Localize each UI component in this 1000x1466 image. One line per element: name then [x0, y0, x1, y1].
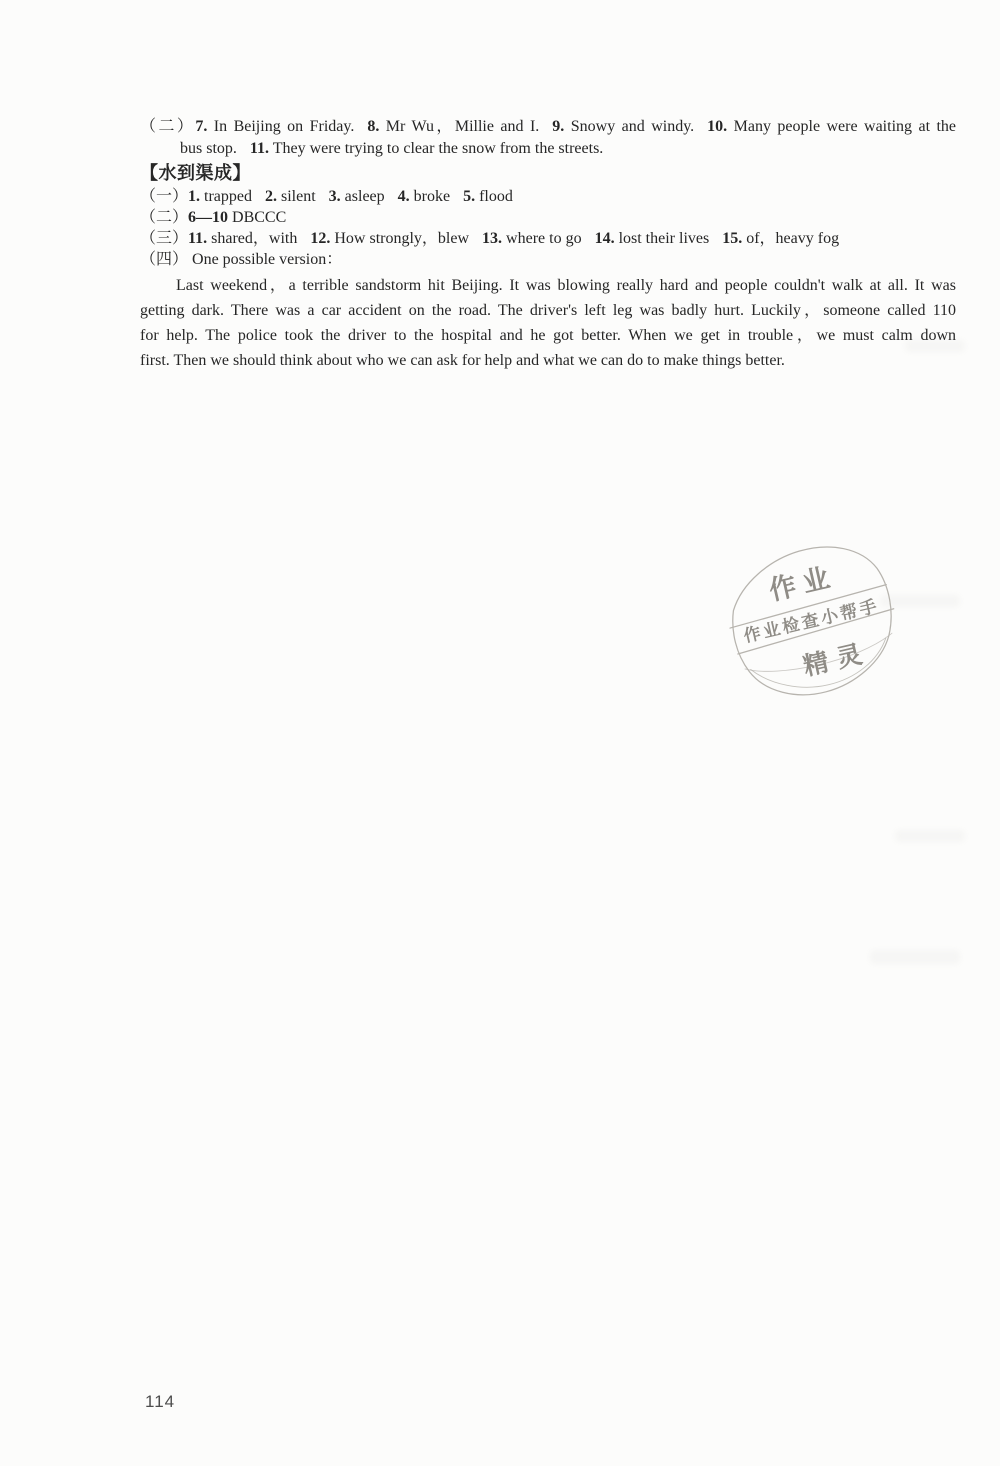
answer-number: 6—10: [188, 209, 228, 226]
essay-line: first. Then we should think about who we…: [140, 348, 956, 373]
answer-text: shared，with: [207, 230, 297, 247]
answer-number: 15.: [722, 230, 742, 247]
answer-text: silent: [277, 188, 316, 205]
bleed-through-smudge: [870, 950, 960, 964]
answer-number: 13.: [482, 230, 502, 247]
answer-line: （一）1. trapped2. silent3. asleep4. broke5…: [140, 186, 956, 207]
essay-line: Last weekend，a terrible sandstorm hit Be…: [140, 273, 956, 298]
answer-text: （四）: [140, 251, 188, 268]
answer-number: 7.: [195, 118, 207, 135]
stamp-band-text: 作业检查小帮手: [742, 595, 882, 646]
answer-text: trapped: [200, 188, 252, 205]
answer-number: 2.: [265, 188, 277, 205]
answer-text: asleep: [341, 188, 385, 205]
answer-text: （二）: [140, 118, 195, 135]
watermark-stamp: 作业 作业检查小帮手 精灵: [722, 537, 902, 709]
answer-text: One possible version：: [188, 251, 342, 268]
answer-text: where to go: [502, 230, 582, 247]
answer-text: DBCCC: [228, 209, 286, 226]
answer-text: （一）: [140, 188, 188, 205]
answer-text: In Beijing on Friday.: [207, 118, 354, 135]
answer-text: lost their lives: [615, 230, 710, 247]
essay-line: for help. The police took the driver to …: [140, 323, 956, 348]
answer-number: 11.: [188, 230, 207, 247]
answer-number: 1.: [188, 188, 200, 205]
bleed-through-smudge: [895, 830, 965, 842]
answer-number: 5.: [463, 188, 475, 205]
answer-text: Mr Wu，Millie and I.: [379, 118, 539, 135]
answer-number: 14.: [595, 230, 615, 247]
answer-text: Many people were waiting at the: [727, 118, 956, 135]
answer-text: （二）: [140, 209, 188, 226]
answer-text: They were trying to clear the snow from …: [269, 140, 603, 157]
answer-text: Snowy and windy.: [564, 118, 694, 135]
page-number: 114: [145, 1392, 175, 1412]
section-heading: 【水到渠成】: [140, 160, 956, 186]
stamp-graphic: 作业 作业检查小帮手 精灵: [722, 537, 902, 709]
answer-text: （三）: [140, 230, 188, 247]
answers-block: （二）7. In Beijing on Friday.8. Mr Wu，Mill…: [140, 116, 956, 373]
answer-number: 12.: [310, 230, 330, 247]
answer-number: 3.: [329, 188, 341, 205]
answer-number: 10.: [707, 118, 727, 135]
answer-line: （三）11. shared，with12. How strongly，blew1…: [140, 228, 956, 249]
answer-line: bus stop.11. They were trying to clear t…: [140, 138, 956, 160]
bleed-through-smudge: [905, 340, 965, 352]
answer-text: broke: [410, 188, 450, 205]
answer-text: flood: [475, 188, 513, 205]
answer-text: How strongly，blew: [330, 230, 469, 247]
answer-text: bus stop.: [180, 140, 237, 157]
answer-text: of，heavy fog: [742, 230, 839, 247]
stamp-bottom-text: 精灵: [801, 638, 874, 681]
answer-line: （二）6—10 DBCCC: [140, 207, 956, 228]
answer-number: 11.: [250, 140, 269, 157]
stamp-top-text: 作业: [766, 561, 839, 606]
answer-line: （四） One possible version：: [140, 249, 956, 270]
essay-line: getting dark. There was a car accident o…: [140, 298, 956, 323]
bleed-through-smudge: [880, 595, 960, 607]
answer-number: 9.: [552, 118, 564, 135]
essay-paragraph: Last weekend，a terrible sandstorm hit Be…: [140, 273, 956, 373]
answer-number: 8.: [367, 118, 379, 135]
answer-number: 4.: [398, 188, 410, 205]
answer-key-page: （二）7. In Beijing on Friday.8. Mr Wu，Mill…: [0, 0, 1000, 1466]
answer-line: （二）7. In Beijing on Friday.8. Mr Wu，Mill…: [140, 116, 956, 138]
